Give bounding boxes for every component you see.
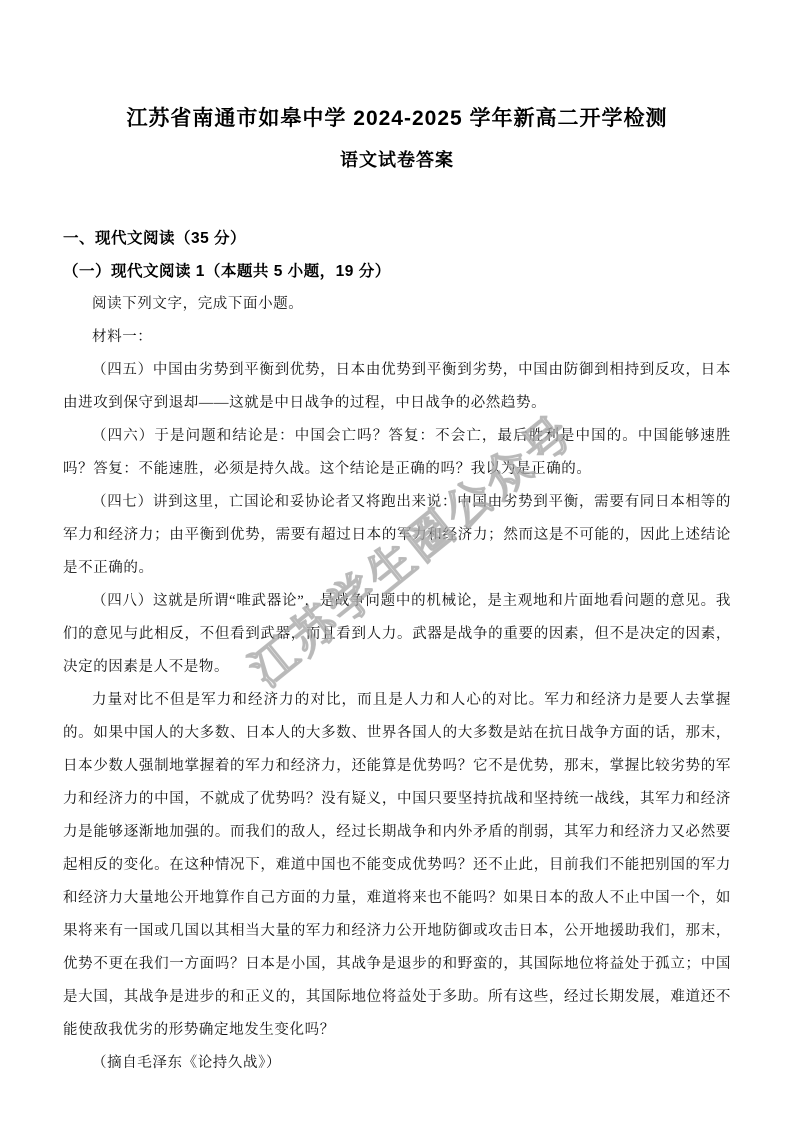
section-heading-modern-reading: 一、现代文阅读（35 分） [63,222,731,255]
document-body: 一、现代文阅读（35 分） （一）现代文阅读 1（本题共 5 小题，19 分） … [63,222,731,1080]
document-subtitle: 语文试卷答案 [63,142,731,178]
source-attribution: （摘自毛泽东《论持久战》） [63,1047,731,1080]
paragraph-45: （四五）中国由劣势到平衡到优势，日本由优势到平衡到劣势，中国由防御到相持到反攻，… [63,354,731,420]
paragraph-48: （四八）这就是所谓“唯武器论”，是战争问题中的机械论，是主观地和片面地看问题的意… [63,585,731,684]
paragraph-47: （四七）讲到这里，亡国论和妥协论者又将跑出来说：中国由劣势到平衡，需要有同日本相… [63,486,731,585]
document-title: 江苏省南通市如皋中学 2024-2025 学年新高二开学检测 [63,96,731,142]
intro-paragraph: 阅读下列文字，完成下面小题。 [63,288,731,321]
subsection-heading-reading-1: （一）现代文阅读 1（本题共 5 小题，19 分） [63,255,731,288]
paragraph-force-comparison: 力量对比不但是军力和经济力的对比，而且是人力和人心的对比。军力和经济力是要人去掌… [63,684,731,1047]
material-label: 材料一： [63,321,731,354]
document-page: 江苏省南通市如皋中学 2024-2025 学年新高二开学检测 语文试卷答案 一、… [63,96,731,1080]
paragraph-46: （四六）于是问题和结论是：中国会亡吗？答复：不会亡，最后胜利是中国的。中国能够速… [63,420,731,486]
